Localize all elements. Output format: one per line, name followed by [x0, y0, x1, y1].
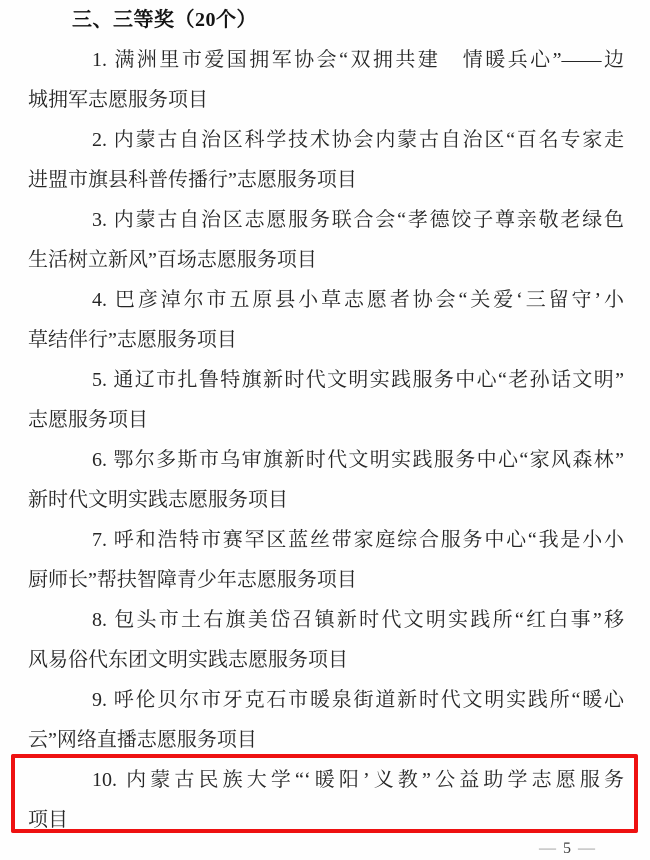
page-number-value: 5 — [563, 840, 571, 857]
list-item-line: 7. 呼和浩特市赛罕区蓝丝带家庭综合服务中心“我是小小 — [28, 520, 624, 560]
list-item-5: 5. 通辽市扎鲁特旗新时代文明实践服务中心“老孙话文明” 志愿服务项目 — [28, 360, 624, 440]
document-page: 三、三等奖（20个） 1. 满洲里市爱国拥军协会“双拥共建 情暖兵心”——边 城… — [0, 0, 650, 860]
page-number-dash-left: — — [532, 838, 563, 857]
section-heading: 三、三等奖（20个） — [28, 0, 624, 40]
list-item-line: 志愿服务项目 — [28, 400, 624, 440]
list-item-9: 9. 呼伦贝尔市牙克石市暖泉街道新时代文明实践所“暖心 云”网络直播志愿服务项目 — [28, 680, 624, 760]
list-item-line: 8. 包头市土右旗美岱召镇新时代文明实践所“红白事”移 — [28, 600, 624, 640]
list-item-line: 2. 内蒙古自治区科学技术协会内蒙古自治区“百名专家走 — [28, 120, 624, 160]
list-item-7: 7. 呼和浩特市赛罕区蓝丝带家庭综合服务中心“我是小小 厨师长”帮扶智障青少年志… — [28, 520, 624, 600]
list-item-4: 4. 巴彦淖尔市五原县小草志愿者协会“关爱‘三留守’小 草结伴行”志愿服务项目 — [28, 280, 624, 360]
list-item-6: 6. 鄂尔多斯市乌审旗新时代文明实践服务中心“家风森林” 新时代文明实践志愿服务… — [28, 440, 624, 520]
list-item-line: 3. 内蒙古自治区志愿服务联合会“孝德饺子尊亲敬老绿色 — [28, 200, 624, 240]
list-item-line: 1. 满洲里市爱国拥军协会“双拥共建 情暖兵心”——边 — [28, 40, 624, 80]
list-item-10-highlighted: 10. 内蒙古民族大学“‘暖阳’义教”公益助学志愿服务 项目 — [28, 760, 624, 840]
list-item-line: 云”网络直播志愿服务项目 — [28, 720, 624, 760]
list-item-line: 4. 巴彦淖尔市五原县小草志愿者协会“关爱‘三留守’小 — [28, 280, 624, 320]
list-item-3: 3. 内蒙古自治区志愿服务联合会“孝德饺子尊亲敬老绿色 生活树立新风”百场志愿服… — [28, 200, 624, 280]
list-item-line: 厨师长”帮扶智障青少年志愿服务项目 — [28, 560, 624, 600]
list-item-line: 风易俗代东团文明实践志愿服务项目 — [28, 640, 624, 680]
list-item-line: 新时代文明实践志愿服务项目 — [28, 480, 624, 520]
list-item-2: 2. 内蒙古自治区科学技术协会内蒙古自治区“百名专家走 进盟市旗县科普传播行”志… — [28, 120, 624, 200]
page-number-dash-right: — — [571, 838, 602, 857]
list-item-line: 项目 — [28, 800, 624, 840]
list-item-line: 生活树立新风”百场志愿服务项目 — [28, 240, 624, 280]
list-item-line: 草结伴行”志愿服务项目 — [28, 320, 624, 360]
list-item-8: 8. 包头市土右旗美岱召镇新时代文明实践所“红白事”移 风易俗代东团文明实践志愿… — [28, 600, 624, 680]
list-item-1: 1. 满洲里市爱国拥军协会“双拥共建 情暖兵心”——边 城拥军志愿服务项目 — [28, 40, 624, 120]
list-item-line: 6. 鄂尔多斯市乌审旗新时代文明实践服务中心“家风森林” — [28, 440, 624, 480]
list-item-line: 9. 呼伦贝尔市牙克石市暖泉街道新时代文明实践所“暖心 — [28, 680, 624, 720]
list-item-line: 城拥军志愿服务项目 — [28, 80, 624, 120]
list-item-line: 5. 通辽市扎鲁特旗新时代文明实践服务中心“老孙话文明” — [28, 360, 624, 400]
list-item-line: 10. 内蒙古民族大学“‘暖阳’义教”公益助学志愿服务 — [28, 760, 624, 800]
page-number: —5— — [532, 840, 602, 858]
list-item-line: 进盟市旗县科普传播行”志愿服务项目 — [28, 160, 624, 200]
